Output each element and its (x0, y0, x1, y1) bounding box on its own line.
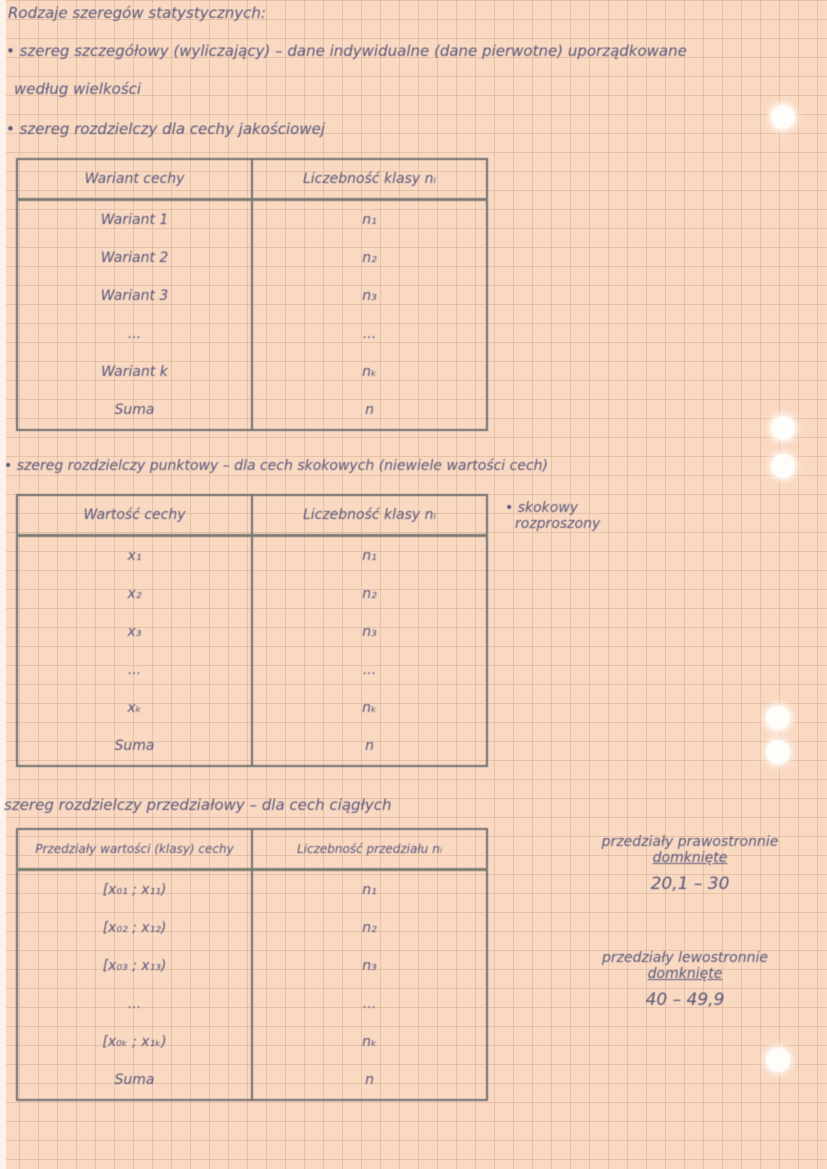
cell: ... (252, 985, 487, 1023)
cell: n₂ (252, 575, 487, 613)
cell: n₁ (252, 870, 487, 910)
table-row: [x₀₃ ; x₁₃)n₃ (17, 947, 487, 985)
qualitative-series-table: Wariant cechy Liczebność klasy nᵢ Warian… (16, 158, 488, 431)
cell: Suma (17, 727, 252, 766)
note-label: przedziały lewostronnie (555, 950, 815, 966)
table-row: Wariant 1n₁ (17, 200, 487, 240)
table-row: Suman (17, 1061, 487, 1100)
bullet-interval-series: szereg rozdzielczy przedziałowy – dla ce… (4, 796, 391, 814)
punch-hole (771, 416, 795, 440)
cell: n₁ (252, 200, 487, 240)
punch-hole (771, 105, 795, 129)
table-row: [x₀₁ ; x₁₁)n₁ (17, 870, 487, 910)
cell: n₃ (252, 613, 487, 651)
table-row: ...... (17, 985, 487, 1023)
paper-edge (0, 0, 6, 1169)
cell: xₖ (17, 689, 252, 727)
cell: Wariant k (17, 353, 252, 391)
cell: ... (17, 985, 252, 1023)
cell: n₂ (252, 909, 487, 947)
cell: [x₀ₖ ; x₁ₖ) (17, 1023, 252, 1061)
punch-hole (771, 454, 795, 478)
cell: nₖ (252, 353, 487, 391)
table-row: Wariant knₖ (17, 353, 487, 391)
table-row: ...... (17, 315, 487, 353)
punch-hole (766, 740, 790, 764)
cell: Wariant 2 (17, 239, 252, 277)
cell: n₁ (252, 536, 487, 576)
table-row: x₃n₃ (17, 613, 487, 651)
table-row: xₖnₖ (17, 689, 487, 727)
table-row: Suman (17, 391, 487, 430)
cell: x₃ (17, 613, 252, 651)
cell: ... (252, 315, 487, 353)
cell: n (252, 1061, 487, 1100)
note-sublabel: domknięte (555, 966, 815, 982)
interval-series-table: Przedziały wartości (klasy) cechy Liczeb… (16, 828, 488, 1101)
cell: n (252, 727, 487, 766)
table-row: x₂n₂ (17, 575, 487, 613)
table3-header-count: Liczebność przedziału nᵢ (252, 829, 487, 870)
bullet-qualitative-series: • szereg rozdzielczy dla cechy jakościow… (6, 120, 325, 138)
cell: n₃ (252, 277, 487, 315)
punch-hole (766, 706, 790, 730)
bullet-detailed-series: • szereg szczegółowy (wyliczający) – dan… (6, 42, 687, 60)
cell: [x₀₃ ; x₁₃) (17, 947, 252, 985)
cell: [x₀₂ ; x₁₂) (17, 909, 252, 947)
note-example: 40 – 49,9 (555, 990, 815, 1010)
side-note: • skokowy rozproszony (505, 500, 600, 532)
point-series-table: Wartość cechy Liczebność klasy nᵢ x₁n₁ x… (16, 494, 488, 767)
table-row: ...... (17, 651, 487, 689)
page-title: Rodzaje szeregów statystycznych: (8, 4, 266, 22)
note-example: 20,1 – 30 (560, 874, 820, 894)
cell: ... (252, 651, 487, 689)
cell: [x₀₁ ; x₁₁) (17, 870, 252, 910)
note-sublabel: domknięte (560, 850, 820, 866)
table3-header-intervals: Przedziały wartości (klasy) cechy (17, 829, 252, 870)
table-row: Suman (17, 727, 487, 766)
note-label: przedziały prawostronnie (560, 834, 820, 850)
table2-header-count: Liczebność klasy nᵢ (252, 495, 487, 536)
table-row: Wariant 2n₂ (17, 239, 487, 277)
cell: Suma (17, 1061, 252, 1100)
table-row: [x₀₂ ; x₁₂)n₂ (17, 909, 487, 947)
cell: x₁ (17, 536, 252, 576)
cell: ... (17, 315, 252, 353)
cell: x₂ (17, 575, 252, 613)
table2-header-value: Wartość cechy (17, 495, 252, 536)
cell: n₃ (252, 947, 487, 985)
cell: Wariant 3 (17, 277, 252, 315)
cell: n₂ (252, 239, 487, 277)
cell: Wariant 1 (17, 200, 252, 240)
cell: ... (17, 651, 252, 689)
bullet-detailed-series-cont: według wielkości (14, 80, 141, 98)
note-left-closed: przedziały lewostronnie domknięte 40 – 4… (555, 950, 815, 1010)
table-row: x₁n₁ (17, 536, 487, 576)
cell: Suma (17, 391, 252, 430)
side-note-line2: rozproszony (515, 516, 600, 532)
bullet-point-series: • szereg rozdzielczy punktowy – dla cech… (4, 458, 548, 474)
punch-hole (766, 1048, 790, 1072)
note-right-closed: przedziały prawostronnie domknięte 20,1 … (560, 834, 820, 894)
side-note-line1: • skokowy (505, 500, 600, 516)
cell: nₖ (252, 1023, 487, 1061)
cell: nₖ (252, 689, 487, 727)
cell: n (252, 391, 487, 430)
table-row: [x₀ₖ ; x₁ₖ)nₖ (17, 1023, 487, 1061)
table-row: Wariant 3n₃ (17, 277, 487, 315)
table1-header-variant: Wariant cechy (17, 159, 252, 200)
table1-header-count: Liczebność klasy nᵢ (252, 159, 487, 200)
